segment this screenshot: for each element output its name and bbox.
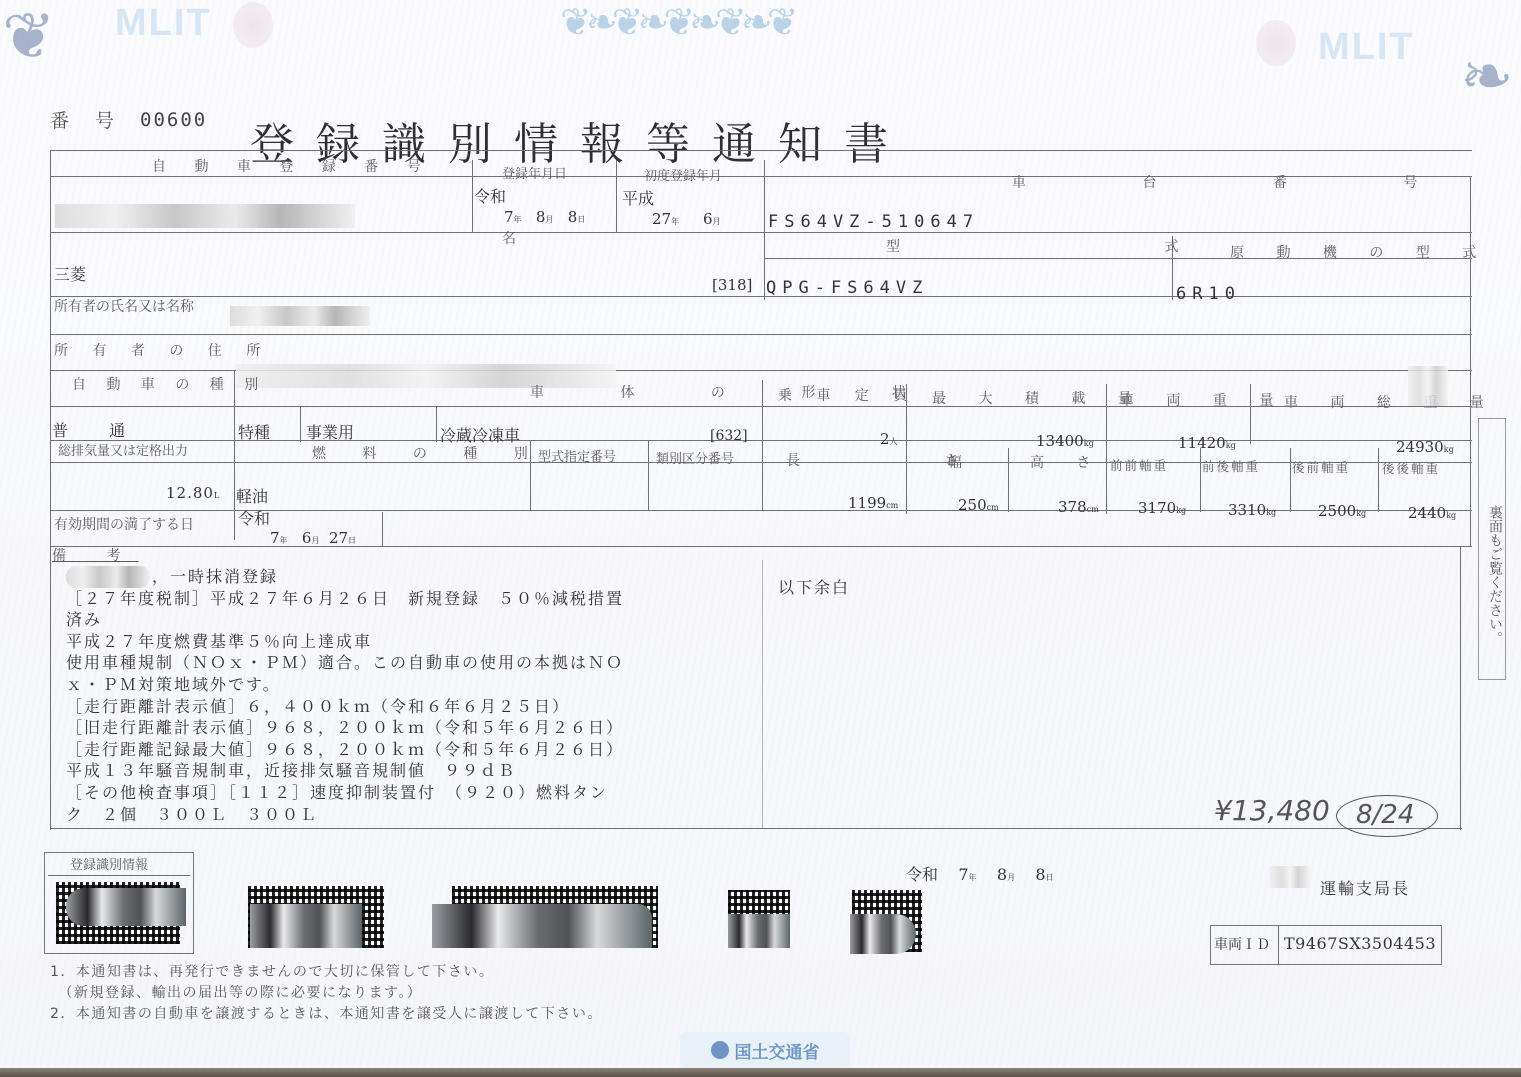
max-load-label: 最 大 積 載 量: [932, 388, 1146, 408]
vehicle-reg-number-redacted: [55, 204, 355, 228]
issue-date: 令和 7年 8月 8日: [906, 862, 1054, 885]
ministry-logo-icon: [711, 1041, 729, 1059]
watermark-left: MLIT: [115, 2, 212, 45]
capacity-value: 2人: [880, 430, 898, 448]
vehicle-id-value: T9467SX3504453: [1284, 934, 1436, 953]
footer-notes: 1．本通知書は、再発行できませんので大切に保管して下さい。 （新規登録、輸出の届…: [50, 962, 603, 1025]
width-label: 幅: [948, 452, 962, 472]
axle-fr-value: 3310kg: [1228, 501, 1276, 519]
displacement-label: 総排気量又は定格出力: [58, 440, 188, 459]
axle-rf-value: 2500kg: [1318, 502, 1366, 520]
remarks-label: 備 考: [52, 545, 138, 565]
type-designation-label: 型式指定番号: [538, 446, 616, 465]
certificate-paper: ❦ ❧ ❦❧❦❧❦❧❦❧❦ MLIT MLIT 番 号 00600 登録識別情報…: [0, 0, 1521, 1070]
axle-rf-label: 後前軸重: [1292, 458, 1350, 476]
engine-label: 原 動 機 の 型 式: [1230, 242, 1490, 262]
owner-name-label: 所有者の氏名又は名称: [54, 296, 194, 316]
qr-code-4-redacted: [850, 914, 916, 954]
first-reg-date: 27年 6月: [652, 210, 720, 228]
engine-value: 6R10: [1176, 284, 1241, 304]
axle-ff-value: 3170kg: [1138, 499, 1186, 517]
axle-fr-label: 前後軸重: [1202, 457, 1260, 475]
name-label: 名: [502, 228, 516, 248]
chassis-value: FS64VZ-510647: [768, 212, 979, 232]
reg-date-era: 令和: [474, 184, 506, 207]
qr-code-registration-redacted: [66, 888, 186, 926]
axle-ff-label: 前前軸重: [1110, 456, 1168, 474]
gross-weight-label-redacted: [1408, 366, 1448, 406]
model-code-prefix: [318]: [712, 276, 752, 294]
reg-date: 7年 8月 8日: [504, 208, 585, 226]
chassis-label: 車 台 番 号: [1012, 172, 1473, 192]
height-label: 高 さ: [1030, 452, 1104, 472]
ornament-corner-left-icon: ❦: [2, 0, 56, 74]
registration-id-qr-label: 登録識別情報: [70, 854, 148, 873]
maker-value: 三菱: [54, 262, 86, 285]
desk-edge: [0, 1068, 1521, 1077]
remarks-right-note: 以下余白: [778, 575, 850, 598]
ornament-corner-right-icon: ❧: [1460, 40, 1514, 114]
remarks-text: ，一時抹消登録 ［２７年度税制］平成２７年６月２６日 新規登録 ５０％減税措置 …: [66, 566, 624, 825]
height-value: 378cm: [1058, 498, 1099, 516]
category-value: 普 通: [52, 418, 143, 441]
gross-weight-label: 車 両 総 重 量: [1284, 392, 1498, 412]
width-value: 250cm: [958, 496, 999, 514]
owner-address-label: 所 有 者 の 住 所: [54, 340, 270, 360]
handwritten-circled-note: 8/24: [1356, 800, 1414, 830]
body-code: [632]: [710, 428, 748, 444]
use-value: 特種: [238, 420, 270, 443]
ministry-footer: 国土交通省: [680, 1032, 850, 1068]
length-label: 長 さ: [786, 450, 1028, 470]
number-value: 00600: [140, 109, 207, 131]
see-reverse-note: 裏面もご覧ください。: [1478, 418, 1506, 680]
first-reg-label: 初度登録年月: [644, 165, 722, 184]
axle-rr-label: 後後軸重: [1382, 459, 1440, 477]
model-value: QPG-FS64VZ: [766, 278, 928, 298]
vehicle-weight-value: 11420kg: [1178, 434, 1236, 452]
vehicle-reg-number-label: 自 動 車 登 録 番 号: [152, 156, 433, 176]
number-label: 番 号: [50, 106, 124, 133]
vehicle-weight-label: 車 両 重 量: [1120, 390, 1287, 410]
first-reg-era: 平成: [622, 186, 654, 209]
axle-rr-value: 2440kg: [1408, 504, 1456, 522]
business-value: 事業用: [306, 420, 354, 443]
displacement-value: 12.80L: [166, 484, 220, 502]
max-load-value: 13400kg: [1036, 432, 1094, 450]
category-label: 自 動 車 の 種 別: [72, 374, 266, 394]
ministry-name: 国土交通省: [735, 1038, 820, 1063]
reg-date-label: 登録年月日: [502, 163, 567, 182]
issuer-office-redacted: [1270, 866, 1310, 888]
ornament-top-center-icon: ❦❧❦❧❦❧❦❧❦: [560, 0, 793, 44]
handwritten-amount: ¥13,480: [1214, 794, 1330, 827]
fuel-label: 燃 料 の 種 別: [312, 443, 544, 463]
watermark-emblem-right-icon: [1256, 20, 1296, 66]
watermark-emblem-left-icon: [233, 2, 273, 48]
gross-weight-value: 24930kg: [1396, 438, 1454, 456]
category-number-label: 類別区分番号: [656, 448, 734, 467]
fuel-value: 軽油: [236, 484, 268, 507]
watermark-right: MLIT: [1318, 26, 1415, 69]
expiry-era: 令和: [238, 506, 270, 529]
length-value: 1199cm: [848, 494, 898, 512]
qr-code-1-redacted: [250, 904, 362, 948]
vehicle-id-label: 車両ＩＤ: [1214, 934, 1270, 954]
capacity-label: 乗 車 定 員: [778, 385, 917, 405]
expiry-date: 7年 6月 27日: [270, 529, 356, 547]
owner-name-redacted: [230, 306, 370, 326]
expiry-label: 有効期間の満了する日: [54, 514, 194, 534]
issuer: 運輸支局長: [1320, 876, 1410, 899]
qr-code-3-redacted: [728, 914, 790, 948]
qr-code-2-redacted: [432, 904, 652, 948]
